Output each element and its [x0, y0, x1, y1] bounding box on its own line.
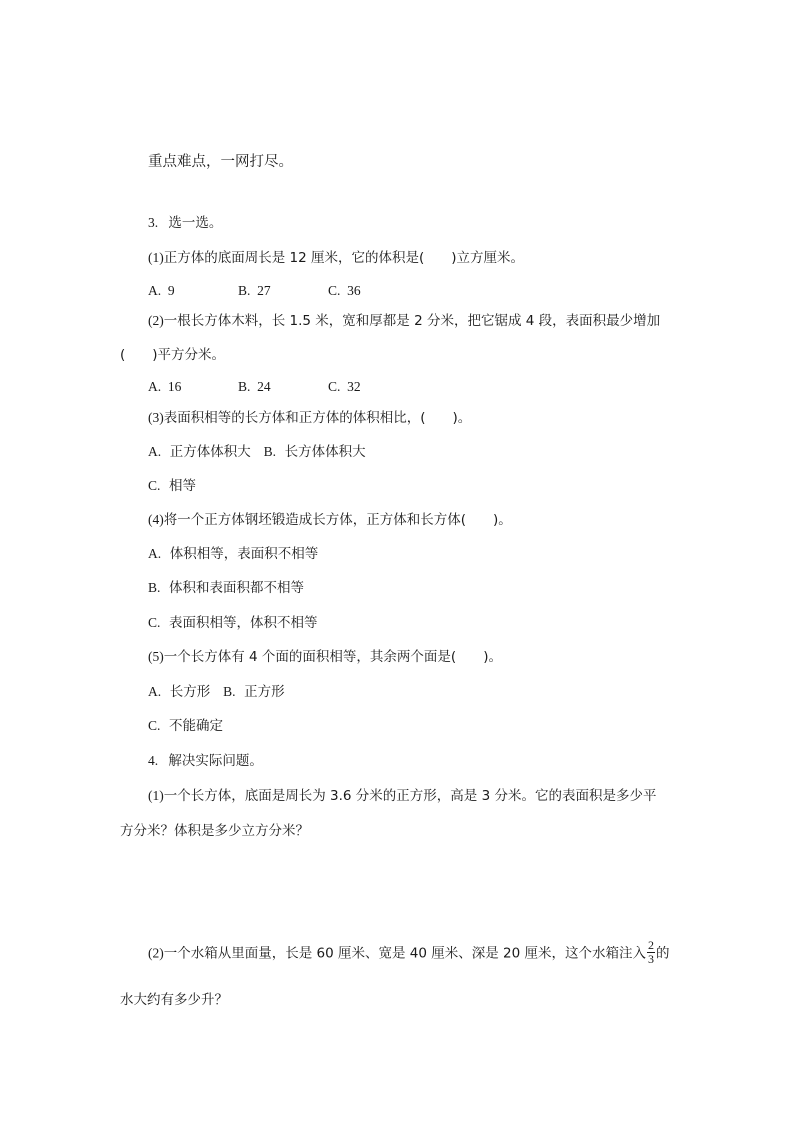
- section3-heading: 选一选。: [168, 215, 222, 231]
- section3-number: 3.: [148, 215, 158, 230]
- q3-stem: 表面积相等的长方体和正方体的体积相比，( )。: [164, 410, 472, 426]
- q4-label: (4): [148, 512, 164, 527]
- problem1-text-line2: 方分米？体积是多少立方分米？: [120, 822, 309, 840]
- fraction-two-thirds: 23: [647, 939, 655, 966]
- q5-option-c: C. 不能确定: [148, 717, 223, 735]
- section4-title: 4. 解决实际问题。: [148, 752, 263, 770]
- q3-option-a: A. 正方体体积大: [148, 444, 251, 460]
- q1-option-a: A. 9: [148, 282, 238, 300]
- q5-label: (5): [148, 649, 164, 664]
- q2-text-line1: (2)一根长方体木料，长 1.5 米，宽和厚都是 2 分米，把它锯成 4 段，表…: [148, 312, 660, 330]
- q2-options: A. 16B. 24C. 32: [148, 378, 361, 396]
- q3-option-c: C. 相等: [148, 477, 196, 495]
- q4-stem: 将一个正方体钢坯锻造成长方体，正方体和长方体( )。: [164, 512, 512, 528]
- q3-text: (3)表面积相等的长方体和正方体的体积相比，( )。: [148, 409, 471, 427]
- q2-option-b: B. 24: [238, 378, 328, 396]
- section3-title: 3. 选一选。: [148, 214, 222, 232]
- q1-stem: 正方体的底面周长是 12 厘米，它的体积是( )立方厘米。: [164, 250, 524, 266]
- fraction-denominator: 3: [647, 953, 655, 966]
- problem2-text-line2: 水大约有多少升？: [120, 991, 228, 1009]
- problem2-stem-after: 的: [656, 946, 670, 962]
- q1-option-c: C. 36: [328, 282, 361, 300]
- q4-text: (4)将一个正方体钢坯锻造成长方体，正方体和长方体( )。: [148, 511, 512, 529]
- problem2-stem-before: 一个水箱从里面量，长是 60 厘米、宽是 40 厘米、深是 20 厘米，这个水箱…: [164, 946, 646, 962]
- fraction-numerator: 2: [647, 939, 655, 953]
- header-note: 重点难点，一网打尽。: [148, 153, 293, 171]
- q2-option-a: A. 16: [148, 378, 238, 396]
- q5-stem: 一个长方体有 4 个面的面积相等，其余两个面是( )。: [164, 649, 502, 665]
- q1-options: A. 9B. 27C. 36: [148, 282, 361, 300]
- q4-option-a: A. 体积相等，表面积不相等: [148, 545, 318, 563]
- q1-text: (1)正方体的底面周长是 12 厘米，它的体积是( )立方厘米。: [148, 249, 524, 267]
- q1-option-b: B. 27: [238, 282, 328, 300]
- section4-number: 4.: [148, 753, 158, 768]
- q4-option-c: C. 表面积相等，体积不相等: [148, 614, 317, 632]
- q5-text: (5)一个长方体有 4 个面的面积相等，其余两个面是( )。: [148, 648, 502, 666]
- problem2-text-line1: (2)一个水箱从里面量，长是 60 厘米、宽是 40 厘米、深是 20 厘米，这…: [148, 940, 670, 967]
- q3-options-ab: A. 正方体体积大 B. 长方体体积大: [148, 443, 366, 461]
- q2-option-c: C. 32: [328, 378, 361, 396]
- q3-label: (3): [148, 410, 164, 425]
- q5-option-a: A. 长方形: [148, 684, 210, 700]
- problem2-label: (2): [148, 946, 164, 961]
- q2-text-line2: ( )平方分米。: [120, 346, 225, 364]
- problem1-text-line1: (1)一个长方体，底面是周长为 3.6 分米的正方形，高是 3 分米。它的表面积…: [148, 787, 656, 805]
- q2-label: (2): [148, 313, 164, 328]
- q2-stem-line1: 一根长方体木料，长 1.5 米，宽和厚都是 2 分米，把它锯成 4 段，表面积最…: [164, 313, 660, 329]
- q5-options-ab: A. 长方形 B. 正方形: [148, 683, 285, 701]
- problem1-stem-line1: 一个长方体，底面是周长为 3.6 分米的正方形，高是 3 分米。它的表面积是多少…: [164, 788, 657, 804]
- q5-option-b: B. 正方形: [223, 684, 284, 700]
- problem1-label: (1): [148, 788, 164, 803]
- q1-label: (1): [148, 250, 164, 265]
- q3-option-b: B. 长方体体积大: [264, 444, 366, 460]
- section4-heading: 解决实际问题。: [168, 753, 263, 769]
- q4-option-b: B. 体积和表面积都不相等: [148, 579, 304, 597]
